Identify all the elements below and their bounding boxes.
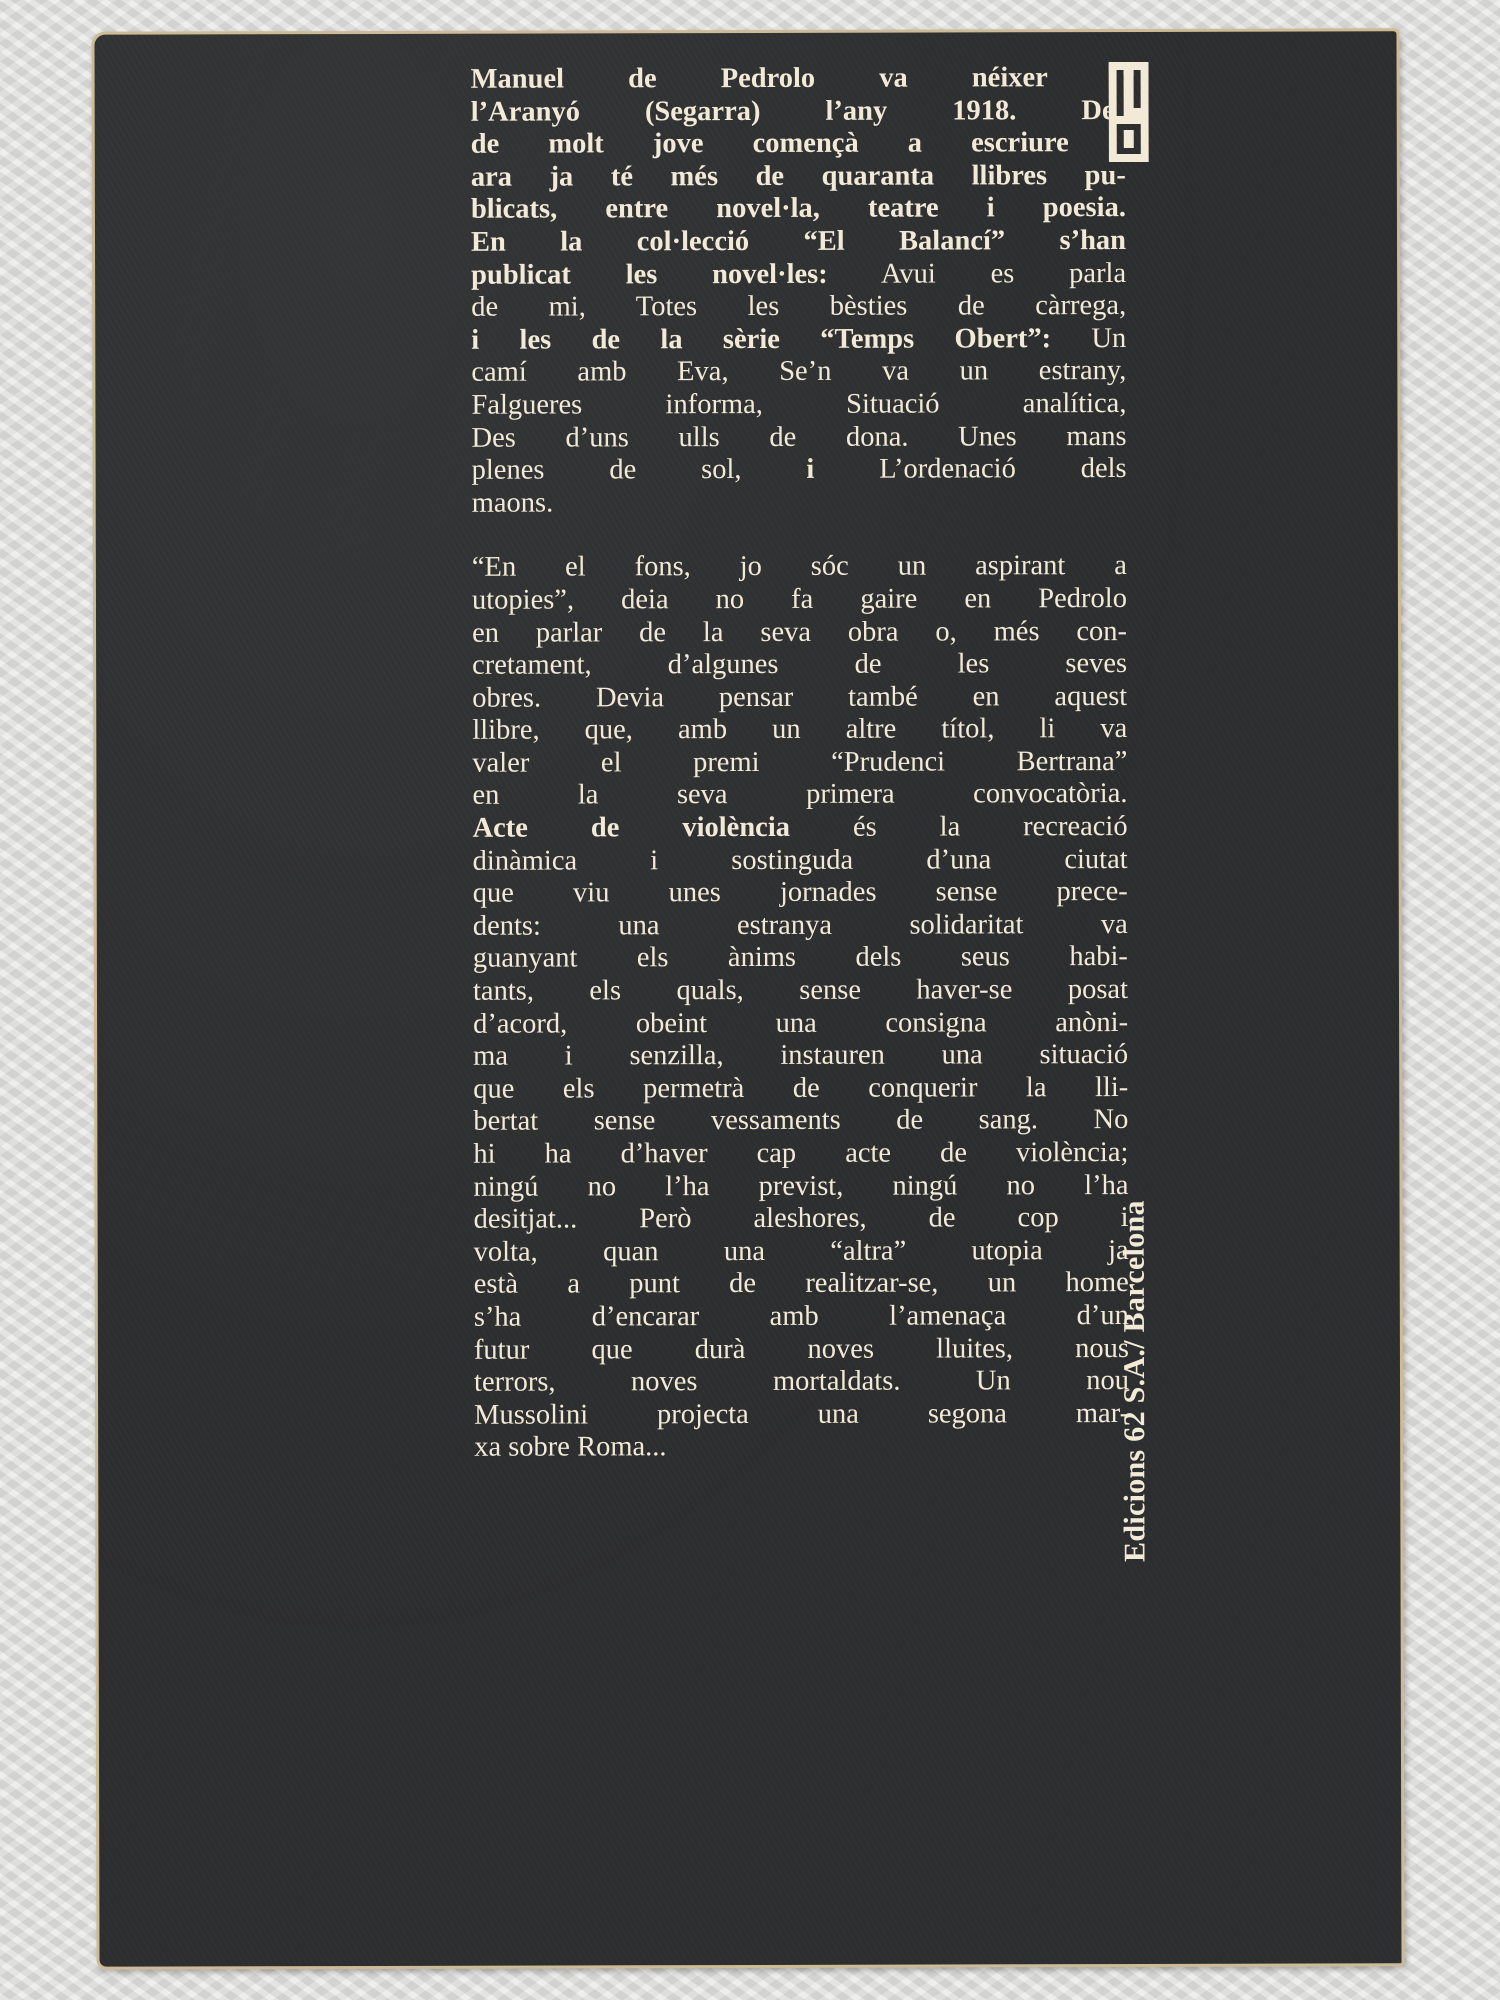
text-line: camí amb Eva, Se’n va un estrany, [471, 355, 1126, 389]
text-line: Mussolini projecta una segona mar- [474, 1398, 1129, 1432]
text-line: Des d’uns ulls de dona. Unes mans [471, 421, 1126, 455]
text-line: l’Aranyó (Segarra) l’any 1918. Des [471, 95, 1126, 129]
text-line: volta, quan una “altra” utopia ja [474, 1235, 1129, 1269]
text-line: de molt jove començà a escriure i [471, 127, 1126, 161]
text-line: publicat les novel·les: Avui es parla [471, 258, 1126, 292]
synopsis-paragraph: “En el fons, jo sóc un aspirant autopies… [472, 550, 1129, 1464]
edicions-62-logo-icon [1109, 62, 1149, 162]
text-line: d’acord, obeint una consigna anòni- [473, 1007, 1128, 1041]
text-line: futur que durà noves lluites, nous [474, 1333, 1129, 1367]
text-line: cretament, d’algunes de les seves [472, 648, 1127, 682]
text-line: que viu unes jornades sense prece- [473, 876, 1128, 910]
text-line: valer el premi “Prudenci Bertrana” [472, 746, 1127, 780]
text-line: tants, els quals, sense haver-se posat [473, 974, 1128, 1008]
text-line: obres. Devia pensar també en aquest [472, 681, 1127, 715]
text-line: plenes de sol, i L’ordenació dels [472, 453, 1127, 487]
publisher-imprint: Edicions 62 S.A./ Barcelona [1118, 1200, 1153, 1562]
text-line: guanyant els ànims dels seus habi- [473, 941, 1128, 975]
text-line: desitjat... Però aleshores, de cop i [474, 1202, 1129, 1236]
text-line: de mi, Totes les bèsties de càrrega, [471, 290, 1126, 324]
author-bio-paragraph: Manuel de Pedrolo va néixer al’Aranyó (S… [471, 62, 1127, 520]
text-line: utopies”, deia no fa gaire en Pedrolo [472, 583, 1127, 617]
text-line: llibre, que, amb un altre títol, li va [472, 713, 1127, 747]
blurb-text: Manuel de Pedrolo va néixer al’Aranyó (S… [471, 62, 1130, 1465]
text-line: bertat sense vessaments de sang. No [473, 1104, 1128, 1138]
text-line: xa sobre Roma... [474, 1430, 1129, 1464]
text-line: s’ha d’encarar amb l’amenaça d’un [474, 1300, 1129, 1334]
text-line: terrors, noves mortaldats. Un nou [474, 1365, 1129, 1399]
text-line: dinàmica i sostinguda d’una ciutat [473, 844, 1128, 878]
text-line: ara ja té més de quaranta llibres pu- [471, 160, 1126, 194]
text-line: ningú no l’ha previst, ningú no l’ha [473, 1170, 1128, 1204]
text-line: està a punt de realitzar-se, un home [474, 1267, 1129, 1301]
text-line: blicats, entre novel·la, teatre i poesia… [471, 192, 1126, 226]
text-line: maons. [472, 486, 1127, 520]
book-back-cover: Manuel de Pedrolo va néixer al’Aranyó (S… [91, 28, 1404, 1969]
text-line: Falgueres informa, Situació analítica, [471, 388, 1126, 422]
text-line: en la seva primera convocatòria. [472, 778, 1127, 812]
text-line: Manuel de Pedrolo va néixer a [471, 62, 1126, 96]
text-line: en parlar de la seva obra o, més con- [472, 616, 1127, 650]
text-line: hi ha d’haver cap acte de violència; [473, 1137, 1128, 1171]
text-line: que els permetrà de conquerir la lli- [473, 1072, 1128, 1106]
text-line: “En el fons, jo sóc un aspirant a [472, 550, 1127, 584]
text-line: En la col·lecció “El Balancí” s’han [471, 225, 1126, 259]
text-line: i les de la sèrie “Temps Obert”: Un [471, 323, 1126, 357]
text-line: ma i senzilla, instauren una situació [473, 1039, 1128, 1073]
text-line: Acte de violència és la recreació [473, 811, 1128, 845]
text-line: dents: una estranya solidaritat va [473, 909, 1128, 943]
